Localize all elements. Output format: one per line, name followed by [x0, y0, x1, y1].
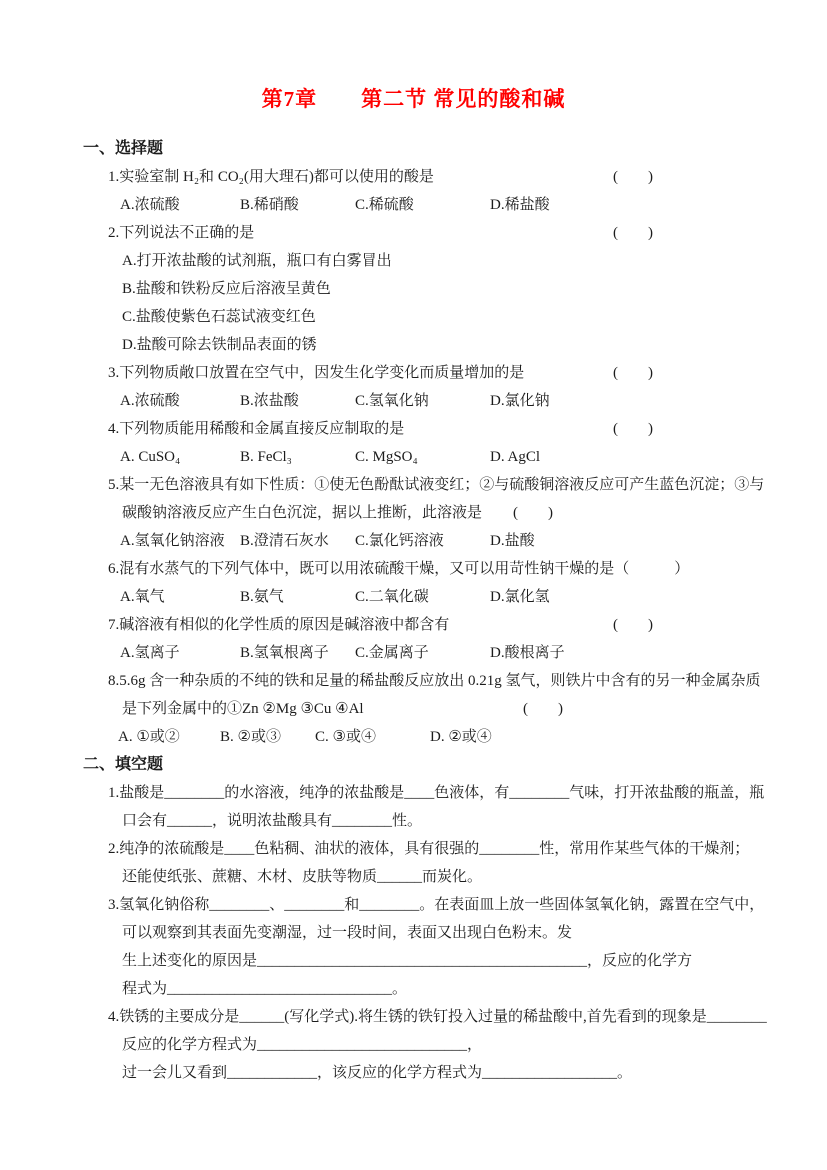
fill-question-4-line2: 反应的化学方程式为____________________________， — [0, 1031, 827, 1059]
option-c: C.二氧化碳 — [355, 583, 429, 611]
mc-question-1-options: A.浓硫酸 B.稀硝酸 C.稀硫酸 D.稀盐酸 — [0, 191, 827, 219]
mc-question-1-stem: 1.实验室制 H₂和 CO₂(用大理石)都可以使用的酸是 ( ) — [0, 163, 827, 191]
mc-question-8-stem-line1: 8.5.6g 含一种杂质的不纯的铁和足量的稀盐酸反应放出 0.21g 氢气，则铁… — [0, 667, 827, 695]
question-stem: 2.下列说法不正确的是 — [108, 219, 254, 247]
option-b: B.澄清石灰水 — [240, 527, 329, 555]
page-title: 第7章 第二节 常见的酸和碱 — [0, 0, 827, 112]
question-stem: 3.下列物质敞口放置在空气中，因发生化学变化而质量增加的是 — [108, 359, 524, 387]
option-d: D.盐酸 — [490, 527, 535, 555]
option-d: D. AgCl — [490, 443, 540, 471]
option-a: A. CuSO₄ — [120, 443, 180, 471]
fill-question-3-line4: 程式为______________________________。 — [0, 975, 827, 1003]
fill-question-1-line1: 1.盐酸是________的水溶液，纯净的浓盐酸是____色液体，有______… — [0, 779, 827, 807]
mc-question-7-options: A.氢离子 B.氢氧根离子 C.金属离子 D.酸根离子 — [0, 639, 827, 667]
mc-question-2-option-c: C.盐酸使紫色石蕊试液变红色 — [0, 303, 827, 331]
question-stem: 6.混有水蒸气的下列气体中，既可以用浓硫酸干燥，又可以用苛性钠干燥的是（ ） — [108, 555, 689, 583]
mc-question-5-stem-line2: 碳酸钠溶液反应产生白色沉淀，据以上推断，此溶液是 ( ) — [0, 499, 827, 527]
option-b: B. ②或③ — [220, 723, 281, 751]
mc-question-5-stem-line1: 5.某一无色溶液具有如下性质：①使无色酚酞试液变红；②与硫酸铜溶液反应可产生蓝色… — [0, 471, 827, 499]
fill-section-header-label: 二、填空题 — [83, 751, 163, 779]
mc-question-8-stem-line2: 是下列金属中的①Zn ②Mg ③Cu ④Al ( ) — [0, 695, 827, 723]
option-a: A.氢氧化钠溶液 — [120, 527, 225, 555]
mc-question-2-option-d: D.盐酸可除去铁制品表面的锈 — [0, 331, 827, 359]
fill-question-1-line2: 口会有______，说明浓盐酸具有________性。 — [0, 807, 827, 835]
mc-question-8-options: A. ①或② B. ②或③ C. ③或④ D. ②或④ — [0, 723, 827, 751]
mc-question-4-stem: 4.下列物质能用稀酸和金属直接反应制取的是 ( ) — [0, 415, 827, 443]
fill-text: 1.盐酸是________的水溶液，纯净的浓盐酸是____色液体，有______… — [108, 779, 764, 807]
option-a: A.打开浓盐酸的试剂瓶，瓶口有白雾冒出 — [122, 247, 392, 275]
option-a: A.浓硫酸 — [120, 387, 180, 415]
option-b: B.盐酸和铁粉反应后溶液呈黄色 — [122, 275, 331, 303]
worksheet-content: 一、选择题 1.实验室制 H₂和 CO₂(用大理石)都可以使用的酸是 ( ) A… — [0, 135, 827, 1087]
fill-text: 3.氢氧化钠俗称________、________和________。在表面皿上… — [108, 891, 764, 919]
option-d: D.氯化氢 — [490, 583, 550, 611]
question-stem: 5.某一无色溶液具有如下性质：①使无色酚酞试液变红；②与硫酸铜溶液反应可产生蓝色… — [108, 471, 764, 499]
fill-question-3-line3: 生上述变化的原因是_______________________________… — [0, 947, 827, 975]
fill-question-4-line1: 4.铁锈的主要成分是______(写化学式).将生锈的铁钉投入过量的稀盐酸中,首… — [0, 1003, 827, 1031]
answer-bracket: ( ) — [613, 163, 653, 191]
option-c: C. ③或④ — [315, 723, 376, 751]
option-b: B. FeCl₃ — [240, 443, 292, 471]
fill-text: 还能使纸张、蔗糖、木材、皮肤等物质______而炭化。 — [122, 863, 482, 891]
question-stem-continued: 是下列金属中的①Zn ②Mg ③Cu ④Al — [122, 695, 364, 723]
question-stem: 4.下列物质能用稀酸和金属直接反应制取的是 — [108, 415, 404, 443]
option-c: C.盐酸使紫色石蕊试液变红色 — [122, 303, 316, 331]
fill-question-2-line1: 2.纯净的浓硫酸是____色粘稠、油状的液体，具有很强的________性，常用… — [0, 835, 827, 863]
fill-text: 2.纯净的浓硫酸是____色粘稠、油状的液体，具有很强的________性，常用… — [108, 835, 749, 863]
option-a: A.浓硫酸 — [120, 191, 180, 219]
question-stem: 1.实验室制 H₂和 CO₂(用大理石)都可以使用的酸是 — [108, 163, 434, 191]
option-a: A.氧气 — [120, 583, 165, 611]
mc-question-2-option-b: B.盐酸和铁粉反应后溶液呈黄色 — [0, 275, 827, 303]
mc-question-6-stem: 6.混有水蒸气的下列气体中，既可以用浓硫酸干燥，又可以用苛性钠干燥的是（ ） — [0, 555, 827, 583]
option-d: D.酸根离子 — [490, 639, 565, 667]
option-d: D. ②或④ — [430, 723, 492, 751]
mc-question-3-options: A.浓硫酸 B.浓盐酸 C.氢氧化钠 D.氯化钠 — [0, 387, 827, 415]
mc-question-7-stem: 7.碱溶液有相似的化学性质的原因是碱溶液中都含有 ( ) — [0, 611, 827, 639]
option-c: C.氯化钙溶液 — [355, 527, 444, 555]
question-stem: 7.碱溶液有相似的化学性质的原因是碱溶液中都含有 — [108, 611, 449, 639]
answer-bracket: ( ) — [613, 219, 653, 247]
mc-question-3-stem: 3.下列物质敞口放置在空气中，因发生化学变化而质量增加的是 ( ) — [0, 359, 827, 387]
option-c: C.氢氧化钠 — [355, 387, 429, 415]
mc-question-6-options: A.氧气 B.氨气 C.二氧化碳 D.氯化氢 — [0, 583, 827, 611]
fill-text: 程式为______________________________。 — [122, 975, 407, 1003]
worksheet-page: 第7章 第二节 常见的酸和碱 一、选择题 1.实验室制 H₂和 CO₂(用大理石… — [0, 0, 827, 1170]
fill-question-3-line2: 可以观察到其表面先变潮湿，过一段时间，表面又出现白色粉末。发 — [0, 919, 827, 947]
option-d: D.稀盐酸 — [490, 191, 550, 219]
fill-text: 过一会儿又看到____________，该反应的化学方程式为__________… — [122, 1059, 632, 1087]
fill-text: 4.铁锈的主要成分是______(写化学式).将生锈的铁钉投入过量的稀盐酸中,首… — [108, 1003, 767, 1031]
option-d: D.盐酸可除去铁制品表面的锈 — [122, 331, 317, 359]
answer-bracket: ( ) — [613, 359, 653, 387]
answer-bracket: ( ) — [613, 415, 653, 443]
question-stem-continued: 碳酸钠溶液反应产生白色沉淀，据以上推断，此溶液是 — [122, 499, 482, 527]
question-stem: 8.5.6g 含一种杂质的不纯的铁和足量的稀盐酸反应放出 0.21g 氢气，则铁… — [108, 667, 761, 695]
answer-bracket: ( ) — [523, 695, 563, 723]
option-c: C.稀硫酸 — [355, 191, 414, 219]
option-a: A.氢离子 — [120, 639, 180, 667]
mc-question-2-option-a: A.打开浓盐酸的试剂瓶，瓶口有白雾冒出 — [0, 247, 827, 275]
fill-question-3-line1: 3.氢氧化钠俗称________、________和________。在表面皿上… — [0, 891, 827, 919]
option-b: B.氨气 — [240, 583, 284, 611]
choice-section-header-label: 一、选择题 — [83, 135, 163, 163]
answer-bracket: ( ) — [513, 499, 553, 527]
fill-text: 生上述变化的原因是_______________________________… — [122, 947, 692, 975]
fill-text: 口会有______，说明浓盐酸具有________性。 — [122, 807, 422, 835]
fill-text: 可以观察到其表面先变潮湿，过一段时间，表面又出现白色粉末。发 — [122, 919, 572, 947]
option-c: C. MgSO₄ — [355, 443, 418, 471]
option-b: B.浓盐酸 — [240, 387, 299, 415]
fill-question-2-line2: 还能使纸张、蔗糖、木材、皮肤等物质______而炭化。 — [0, 863, 827, 891]
mc-question-5-options: A.氢氧化钠溶液 B.澄清石灰水 C.氯化钙溶液 D.盐酸 — [0, 527, 827, 555]
option-c: C.金属离子 — [355, 639, 429, 667]
mc-question-4-options: A. CuSO₄ B. FeCl₃ C. MgSO₄ D. AgCl — [0, 443, 827, 471]
option-b: B.稀硝酸 — [240, 191, 299, 219]
fill-section-header: 二、填空题 — [0, 751, 827, 779]
answer-bracket: ( ) — [613, 611, 653, 639]
option-a: A. ①或② — [118, 723, 180, 751]
option-b: B.氢氧根离子 — [240, 639, 329, 667]
fill-text: 反应的化学方程式为____________________________， — [122, 1031, 482, 1059]
choice-section-header: 一、选择题 — [0, 135, 827, 163]
fill-question-4-line3: 过一会儿又看到____________，该反应的化学方程式为__________… — [0, 1059, 827, 1087]
option-d: D.氯化钠 — [490, 387, 550, 415]
mc-question-2-stem: 2.下列说法不正确的是 ( ) — [0, 219, 827, 247]
